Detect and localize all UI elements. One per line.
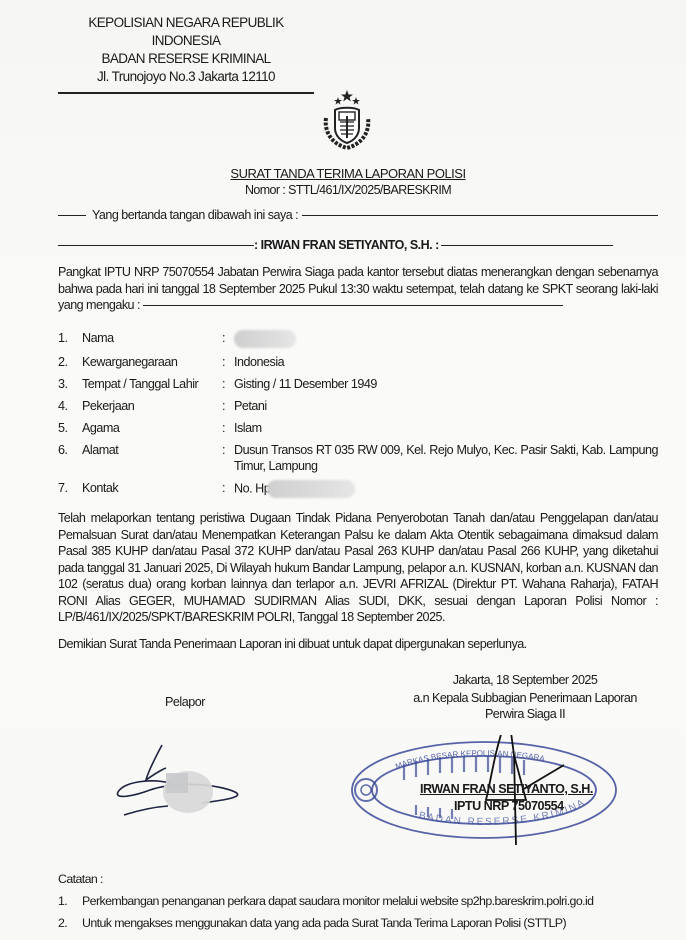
identity-field-row: 4.Pekerjaan:Petani	[58, 398, 658, 414]
signature-block: Jakarta, 18 September 2025 a.n Kepala Su…	[380, 671, 670, 721]
note-item: 1. Perkembangan penanganan perkara dapat…	[58, 890, 678, 912]
field-label: Alamat	[82, 442, 222, 474]
identity-field-row: 5.Agama:Islam	[58, 420, 658, 436]
field-value: Gisting / 11 Desember 1949	[234, 376, 658, 392]
field-value: Dusun Transos RT 035 RW 009, Kel. Rejo M…	[234, 442, 658, 474]
identity-field-row: 6.Alamat:Dusun Transos RT 035 RW 009, Ke…	[58, 442, 658, 474]
field-colon: :	[222, 354, 234, 370]
officer-position: Perwira Siaga II	[380, 707, 670, 721]
field-colon: :	[222, 442, 234, 474]
report-paragraph: Telah melaporkan tentang peristiwa Dugaa…	[58, 510, 658, 626]
note-text: Perkembangan penanganan perkara dapat sa…	[82, 890, 593, 912]
field-label: Nama	[82, 330, 222, 348]
note-text: Untuk mengakses menggunakan data yang ad…	[82, 912, 566, 934]
identity-field-row: 2.Kewarganegaraan:Indonesia	[58, 354, 658, 370]
on-behalf-of: a.n Kepala Subbagian Penerimaan Laporan	[380, 689, 670, 707]
note-number: 2.	[58, 912, 82, 934]
field-colon: :	[222, 330, 234, 348]
note-item: 2. Untuk mengakses menggunakan data yang…	[58, 912, 678, 934]
field-number: 4.	[58, 398, 82, 414]
officer-signatory: IRWAN FRAN SETIYANTO, S.H. IPTU NRP 7507…	[420, 781, 593, 815]
closing-statement: Demikian Surat Tanda Penerimaan Laporan …	[58, 637, 527, 651]
document-number: Nomor : STTL/461/IX/2025/BARESKRIM	[200, 182, 496, 199]
field-label: Agama	[82, 420, 222, 436]
police-emblem-icon	[318, 88, 376, 152]
letterhead-division: BADAN RESERSE KRIMINAL	[58, 50, 314, 68]
report-receipt-document: KEPOLISIAN NEGARA REPUBLIK INDONESIA BAD…	[0, 0, 686, 940]
divider	[58, 245, 254, 246]
opening-paragraph: Pangkat IPTU NRP 75070554 Jabatan Perwir…	[58, 264, 658, 314]
divider	[58, 215, 86, 216]
field-value: Petani	[234, 398, 658, 414]
field-number: 3.	[58, 376, 82, 392]
letterhead: KEPOLISIAN NEGARA REPUBLIK INDONESIA BAD…	[58, 14, 314, 94]
field-number: 2.	[58, 354, 82, 370]
field-value-text: Indonesia	[234, 355, 284, 369]
note-number: 1.	[58, 890, 82, 912]
field-colon: :	[222, 376, 234, 392]
field-colon: :	[222, 398, 234, 414]
letterhead-underline	[58, 92, 314, 94]
field-value: Islam	[234, 420, 658, 436]
divider	[143, 305, 563, 306]
field-value: No. Hp	[234, 480, 658, 498]
redacted-blur	[267, 480, 355, 498]
reporter-label: Pelapor	[165, 695, 205, 709]
intro-text: Yang bertanda tangan dibawah ini saya :	[92, 208, 298, 222]
letterhead-address: Jl. Trunojoyo No.3 Jakarta 12110	[58, 68, 314, 86]
field-value-text: Islam	[234, 421, 262, 435]
divider	[441, 245, 613, 246]
field-number: 7.	[58, 480, 82, 498]
field-value-text: Dusun Transos RT 035 RW 009, Kel. Rejo M…	[234, 443, 658, 473]
officer-name: IRWAN FRAN SETIYANTO, S.H.	[420, 781, 593, 798]
letterhead-agency: KEPOLISIAN NEGARA REPUBLIK INDONESIA	[58, 14, 314, 50]
document-title: SURAT TANDA TERIMA LAPORAN POLISI	[200, 165, 496, 182]
identity-field-row: 3.Tempat / Tanggal Lahir:Gisting / 11 De…	[58, 376, 658, 392]
field-label: Kewarganegaraan	[82, 354, 222, 370]
field-number: 1.	[58, 330, 82, 348]
field-colon: :	[222, 480, 234, 498]
identity-field-row: 1.Nama:	[58, 330, 658, 348]
officer-name-line: : IRWAN FRAN SETIYANTO, S.H. :	[254, 238, 439, 252]
field-number: 6.	[58, 442, 82, 474]
field-label: Tempat / Tanggal Lahir	[82, 376, 222, 392]
document-title-block: SURAT TANDA TERIMA LAPORAN POLISI Nomor …	[200, 165, 496, 199]
field-number: 5.	[58, 420, 82, 436]
field-value	[234, 330, 658, 348]
field-label: Pekerjaan	[82, 398, 222, 414]
place-date: Jakarta, 18 September 2025	[380, 671, 670, 689]
divider	[302, 215, 658, 216]
field-colon: :	[222, 420, 234, 436]
notes-heading: Catatan :	[58, 868, 678, 890]
notes-section: Catatan : 1. Perkembangan penanganan per…	[58, 868, 678, 934]
officer-line: : IRWAN FRAN SETIYANTO, S.H. :	[58, 238, 658, 252]
identity-field-row: 7.Kontak:No. Hp	[58, 480, 658, 498]
field-value-text: Gisting / 11 Desember 1949	[234, 377, 377, 391]
reporter-identity-list: 1.Nama:2.Kewarganegaraan:Indonesia3.Temp…	[58, 330, 658, 504]
field-value: Indonesia	[234, 354, 658, 370]
redacted-blur	[234, 330, 296, 348]
intro-line: Yang bertanda tangan dibawah ini saya :	[58, 208, 658, 222]
field-label: Kontak	[82, 480, 222, 498]
field-value-text: No. Hp	[234, 481, 270, 495]
officer-nrp: IPTU NRP 75070554	[420, 798, 593, 815]
field-value-text: Petani	[234, 399, 267, 413]
reporter-signature	[110, 740, 280, 830]
